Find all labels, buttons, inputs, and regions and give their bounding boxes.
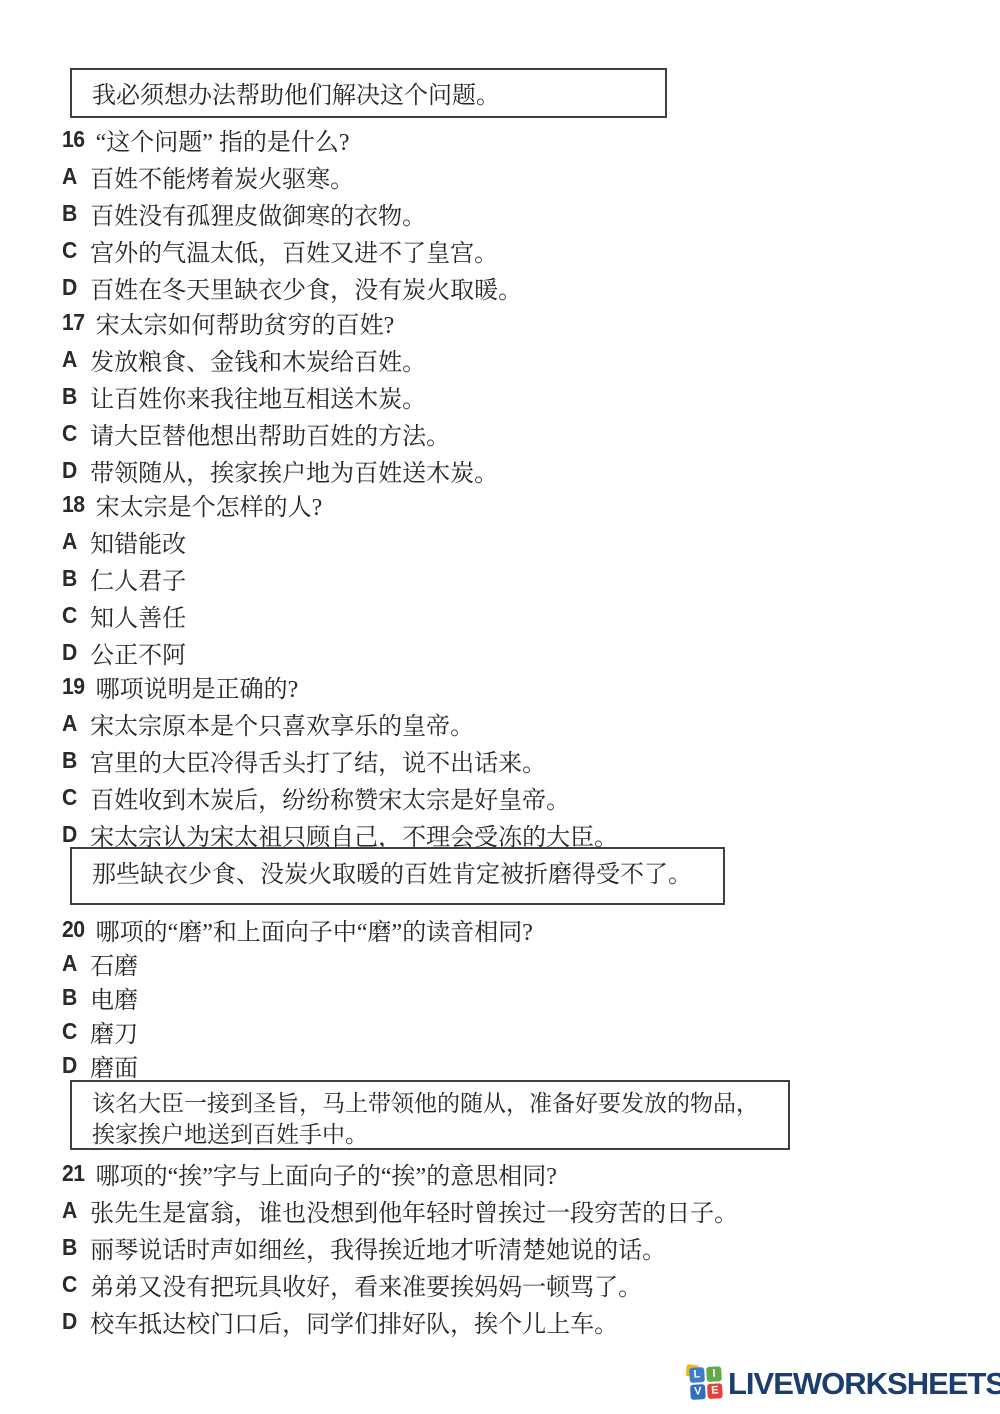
option-row-19-a[interactable]: A 宋太宗原本是个只喜欢享乐的皇帝。 (62, 705, 618, 742)
option-row-17-c[interactable]: C 请大臣替他想出帮助百姓的方法。 (62, 415, 498, 452)
worksheet-page: 我必须想办法帮助他们解决这个问题。 16 “这个问题” 指的是什么? A 百姓不… (0, 0, 1000, 1414)
option-label: B (62, 984, 77, 1011)
option-text: 仁人君子 (90, 561, 186, 596)
option-label: D (62, 274, 77, 301)
option-row-18-c[interactable]: C 知人善任 (62, 597, 322, 634)
option-text: 弟弟又没有把玩具收好，看来准要挨妈妈一顿骂了。 (90, 1267, 642, 1302)
option-text: 张先生是富翁，谁也没想到他年轻时曾挨过一段穷苦的日子。 (90, 1193, 738, 1228)
option-row-21-c[interactable]: C 弟弟又没有把玩具收好，看来准要挨妈妈一顿骂了。 (62, 1266, 738, 1303)
option-row-21-a[interactable]: A 张先生是富翁，谁也没想到他年轻时曾挨过一段穷苦的日子。 (62, 1192, 738, 1229)
question-16: 16 “这个问题” 指的是什么? A 百姓不能烤着炭火驱寒。 B 百姓没有孤狸皮… (62, 121, 522, 306)
option-text: 宫里的大臣冷得舌头打了结，说不出话来。 (90, 743, 546, 778)
question-text: 哪项的“磨”和上面向子中“磨”的读音相同? (96, 912, 533, 947)
option-text: 电磨 (90, 980, 138, 1015)
question-number: 20 (62, 916, 85, 943)
quote-box-2-line: 那些缺衣少食、没炭火取暖的百姓肯定被折磨得受不了。 (92, 858, 723, 892)
option-text: 公正不阿 (90, 635, 186, 670)
option-row-20-c[interactable]: C 磨刀 (62, 1014, 533, 1048)
question-number: 21 (62, 1160, 85, 1187)
option-text: 百姓没有孤狸皮做御寒的衣物。 (90, 196, 426, 231)
option-label: D (62, 457, 77, 484)
logo-tile-l: L (689, 1367, 705, 1383)
option-label: A (62, 528, 77, 555)
quote-box-3-line-1: 该名大臣一接到圣旨，马上带领他的随从，准备好要发放的物品， (92, 1088, 788, 1119)
option-label: A (62, 163, 77, 190)
option-text: 百姓不能烤着炭火驱寒。 (90, 159, 354, 194)
question-19-prompt: 19 哪项说明是正确的? (62, 668, 618, 705)
option-label: D (62, 1052, 77, 1079)
option-row-21-b[interactable]: B 丽琴说话时声如细丝，我得挨近地才听清楚她说的话。 (62, 1229, 738, 1266)
option-row-19-b[interactable]: B 宫里的大臣冷得舌头打了结，说不出话来。 (62, 742, 618, 779)
option-label: C (62, 237, 77, 264)
question-text: 宋太宗是个怎样的人? (96, 487, 323, 522)
question-18: 18 宋太宗是个怎样的人? A 知错能改 B 仁人君子 C 知人善任 D 公正不… (62, 486, 322, 671)
option-text: 丽琴说话时声如细丝，我得挨近地才听清楚她说的话。 (90, 1230, 666, 1265)
option-label: C (62, 602, 77, 629)
option-row-17-d[interactable]: D 带领随从，挨家挨户地为百姓送木炭。 (62, 452, 498, 489)
option-label: D (62, 1308, 77, 1335)
option-label: B (62, 565, 77, 592)
option-text: 让百姓你来我往地互相送木炭。 (90, 379, 426, 414)
quote-box-1-line: 我必须想办法帮助他们解决这个问题。 (92, 79, 665, 113)
logo-tile-e: E (707, 1383, 723, 1399)
question-number: 19 (62, 673, 85, 700)
option-label: C (62, 1271, 77, 1298)
option-text: 请大臣替他想出帮助百姓的方法。 (90, 416, 450, 451)
question-text: 哪项说明是正确的? (96, 669, 299, 704)
option-label: A (62, 346, 77, 373)
option-text: 知错能改 (90, 524, 186, 559)
option-label: B (62, 1234, 77, 1261)
question-number: 16 (62, 126, 85, 153)
question-number: 18 (62, 491, 85, 518)
option-label: D (62, 639, 77, 666)
option-text: 宫外的气温太低，百姓又进不了皇宫。 (90, 233, 498, 268)
question-17: 17 宋太宗如何帮助贫穷的百姓? A 发放粮食、金钱和木炭给百姓。 B 让百姓你… (62, 304, 498, 489)
option-row-18-b[interactable]: B 仁人君子 (62, 560, 322, 597)
liveworksheets-wordmark: LIVEWORKSHEETS (728, 1366, 1000, 1402)
option-row-19-c[interactable]: C 百姓收到木炭后，纷纷称赞宋太宗是好皇帝。 (62, 779, 618, 816)
option-text: 百姓收到木炭后，纷纷称赞宋太宗是好皇帝。 (90, 780, 570, 815)
option-row-17-b[interactable]: B 让百姓你来我往地互相送木炭。 (62, 378, 498, 415)
option-label: A (62, 950, 77, 977)
question-text: “这个问题” 指的是什么? (96, 122, 350, 157)
option-text: 宋太宗原本是个只喜欢享乐的皇帝。 (90, 706, 474, 741)
option-row-21-d[interactable]: D 校车抵达校门口后，同学们排好队，挨个儿上车。 (62, 1303, 738, 1340)
option-row-20-d[interactable]: D 磨面 (62, 1048, 533, 1082)
option-row-18-a[interactable]: A 知错能改 (62, 523, 322, 560)
liveworksheets-grid-icon: L I V E (689, 1366, 725, 1402)
option-label: B (62, 747, 77, 774)
option-row-16-a[interactable]: A 百姓不能烤着炭火驱寒。 (62, 158, 522, 195)
option-text: 知人善任 (90, 598, 186, 633)
option-text: 带领随从，挨家挨户地为百姓送木炭。 (90, 453, 498, 488)
option-label: C (62, 420, 77, 447)
option-label: C (62, 784, 77, 811)
option-label: B (62, 200, 77, 227)
logo-tile-i: I (706, 1366, 722, 1382)
option-text: 磨刀 (90, 1014, 138, 1049)
option-row-16-b[interactable]: B 百姓没有孤狸皮做御寒的衣物。 (62, 195, 522, 232)
quote-box-3: 该名大臣一接到圣旨，马上带领他的随从，准备好要发放的物品， 挨家挨户地送到百姓手… (70, 1080, 790, 1150)
question-number: 17 (62, 309, 85, 336)
question-text: 宋太宗如何帮助贫穷的百姓? (96, 305, 395, 340)
option-row-20-a[interactable]: A 石磨 (62, 946, 533, 980)
liveworksheets-logo[interactable]: L I V E LIVEWORKSHEETS (690, 1366, 1000, 1402)
question-16-prompt: 16 “这个问题” 指的是什么? (62, 121, 522, 158)
question-text: 哪项的“挨”字与上面向子的“挨”的意思相同? (96, 1156, 557, 1191)
question-21-prompt: 21 哪项的“挨”字与上面向子的“挨”的意思相同? (62, 1155, 738, 1192)
quote-box-1: 我必须想办法帮助他们解决这个问题。 (70, 68, 667, 118)
quote-box-2: 那些缺衣少食、没炭火取暖的百姓肯定被折磨得受不了。 (70, 847, 725, 905)
option-row-17-a[interactable]: A 发放粮食、金钱和木炭给百姓。 (62, 341, 498, 378)
option-label: A (62, 1197, 77, 1224)
option-row-16-d[interactable]: D 百姓在冬天里缺衣少食，没有炭火取暖。 (62, 269, 522, 306)
question-20: 20 哪项的“磨”和上面向子中“磨”的读音相同? A 石磨 B 电磨 C 磨刀 … (62, 912, 533, 1082)
question-21: 21 哪项的“挨”字与上面向子的“挨”的意思相同? A 张先生是富翁，谁也没想到… (62, 1155, 738, 1340)
option-label: C (62, 1018, 77, 1045)
option-label: D (62, 821, 77, 848)
option-text: 磨面 (90, 1048, 138, 1083)
option-text: 发放粮食、金钱和木炭给百姓。 (90, 342, 426, 377)
quote-box-3-line-2: 挨家挨户地送到百姓手中。 (92, 1119, 788, 1150)
question-19: 19 哪项说明是正确的? A 宋太宗原本是个只喜欢享乐的皇帝。 B 宫里的大臣冷… (62, 668, 618, 853)
option-row-20-b[interactable]: B 电磨 (62, 980, 533, 1014)
option-text: 石磨 (90, 946, 138, 981)
option-label: A (62, 710, 77, 737)
option-row-18-d[interactable]: D 公正不阿 (62, 634, 322, 671)
question-17-prompt: 17 宋太宗如何帮助贫穷的百姓? (62, 304, 498, 341)
question-20-prompt: 20 哪项的“磨”和上面向子中“磨”的读音相同? (62, 912, 533, 946)
option-row-16-c[interactable]: C 宫外的气温太低，百姓又进不了皇宫。 (62, 232, 522, 269)
question-18-prompt: 18 宋太宗是个怎样的人? (62, 486, 322, 523)
option-text: 校车抵达校门口后，同学们排好队，挨个儿上车。 (90, 1304, 618, 1339)
logo-tile-v: V (690, 1384, 706, 1400)
option-text: 百姓在冬天里缺衣少食，没有炭火取暖。 (90, 270, 522, 305)
option-label: B (62, 383, 77, 410)
